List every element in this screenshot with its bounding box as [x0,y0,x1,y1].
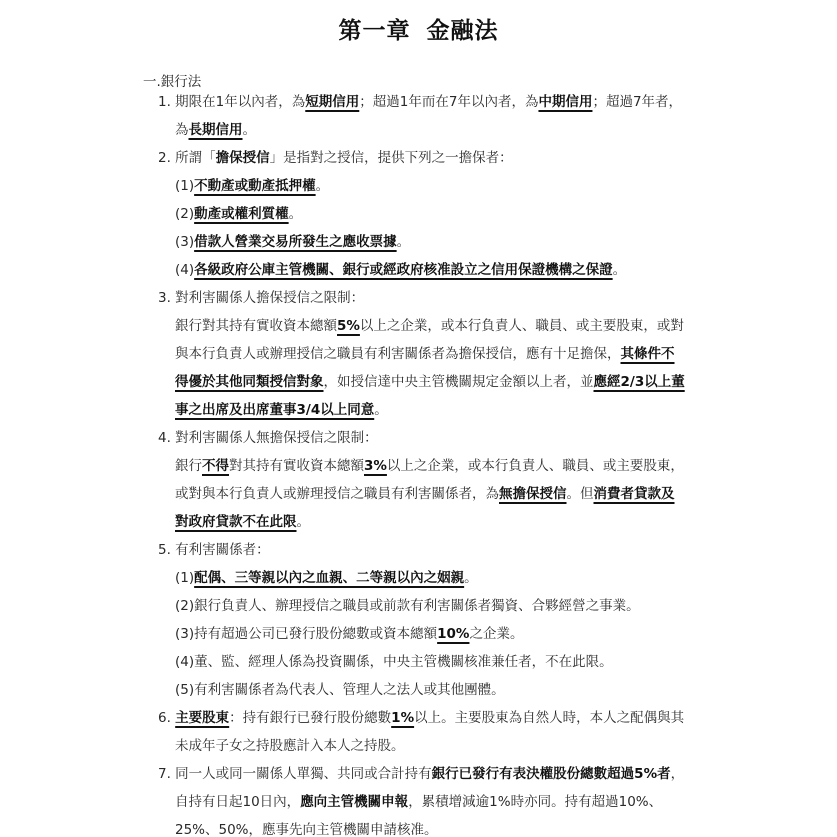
text-run: 銀行對其持有實收資本總額 [175,318,337,334]
text-line: 銀行對其持有實收資本總額5%以上之企業，或本行負責人、職員、或主要股東，或對 [175,316,684,336]
chapter-title: 金融法 [427,18,499,44]
text-line: 自持有日起10日內，應向主管機關申報，累積增減逾1%時亦同。持有超過10%、 [175,792,662,812]
text-run: ；超過7年者， [592,94,682,110]
text-run: 。 [297,514,311,530]
text-run: 。 [243,122,257,138]
text-line: 為長期信用。 [175,120,256,140]
text-line: 事之出席及出席董事3/4以上同意。 [175,400,388,420]
text-run: 與本行負責人或辦理授信之職員有利害關係者為擔保授信，應有十足擔保， [175,346,621,362]
emphasized-text: 短期信用 [305,94,359,110]
text-run: (4)董、監、經理人係為投資關係，中央主管機關核准兼任者，不在此限。 [175,654,613,670]
text-line: 4. 對利害關係人無擔保授信之限制： [158,428,378,448]
emphasized-text: 不動產或動產抵押權 [194,178,316,194]
emphasized-text: 中期信用 [538,94,592,110]
text-run: ，累積增減逾1%時亦同。持有超過10%、 [408,794,662,810]
text-line: 5. 有利害關係者： [158,540,270,560]
text-run: 自持有日起10日內， [175,794,300,810]
text-run: 。 [464,570,478,586]
text-run: (4) [175,262,194,278]
text-line: (3)持有超過公司已發行股份總數或資本總額10%之企業。 [175,624,523,644]
text-line: 3. 對利害關係人擔保授信之限制： [158,288,364,308]
text-run: ，如授信達中央主管機關規定金額以上者，並 [324,374,594,390]
emphasized-text: 長期信用 [189,122,243,138]
text-line: (3)借款人營業交易所發生之應收票據。 [175,232,410,252]
text-run: 25%、50%，應事先向主管機關申請核准。 [175,822,438,837]
emphasized-text: 銀行已發行有表決權股份總數超過5%者 [432,766,671,782]
text-line: 未成年子女之持股應計入本人之持股。 [175,736,405,756]
text-run: 對其持有實收資本總額 [229,458,364,474]
text-run: 」是指對之授信，提供下列之一擔保者： [270,150,513,166]
emphasized-text: 動產或權利質權 [194,206,289,222]
emphasized-text: 應經2/3以上董 [594,374,685,390]
text-line: 或對與本行負責人或辦理授信之職員有利害關係者，為無擔保授信。但消費者貸款及 [175,484,675,504]
text-run: 以上之企業，或本行負責人、職員、或主要股東，或對 [360,318,684,334]
text-run: (2)銀行負責人、辦理授信之職員或前款有利害關係者獨資、合夥經營之事業。 [175,598,640,614]
text-run: 。 [316,178,330,194]
text-run: 6. [158,710,175,726]
text-line: 6. 主要股東：持有銀行已發行股份總數1%以上。主要股東為自然人時，本人之配偶與… [158,708,684,728]
emphasized-text: 無擔保授信 [499,486,567,502]
text-run: (1) [175,570,194,586]
emphasized-text: 借款人營業交易所發生之應收票據 [194,234,397,250]
text-line: (2)銀行負責人、辦理授信之職員或前款有利害關係者獨資、合夥經營之事業。 [175,596,640,616]
emphasized-text: 主要股東 [175,710,229,726]
emphasized-text: 10% [437,626,469,642]
text-run: 以上之企業，或本行負責人、職員、或主要股東， [387,458,684,474]
text-run: (3) [175,234,194,250]
text-line: (1)配偶、三等親以內之血親、二等親以內之姻親。 [175,568,478,588]
text-run: 1. 期限在1年以內者，為 [158,94,305,110]
text-run: 。 [397,234,411,250]
text-run: 3. 對利害關係人擔保授信之限制： [158,290,364,306]
emphasized-text: 5% [337,318,360,334]
text-run: 4. 對利害關係人無擔保授信之限制： [158,430,378,446]
text-line: 1. 期限在1年以內者，為短期信用；超過1年而在7年以內者，為中期信用；超過7年… [158,92,682,112]
text-run: ：持有銀行已發行股份總數 [229,710,391,726]
page-title: 第一章金融法 [0,12,837,45]
text-line: 25%、50%，應事先向主管機關申請核准。 [175,820,438,837]
emphasized-text: 不得 [202,458,229,474]
emphasized-text: 擔保授信 [216,150,270,166]
emphasized-text: 1% [391,710,414,726]
text-line: 與本行負責人或辦理授信之職員有利害關係者為擔保授信，應有十足擔保，其條件不 [175,344,675,364]
emphasized-text: 消費者貸款及 [594,486,675,502]
text-run: ；超過1年而在7年以內者，為 [359,94,538,110]
text-run: 。 [374,402,388,418]
text-run: 5. 有利害關係者： [158,542,270,558]
text-run: 2. 所謂「 [158,150,216,166]
text-run: 之企業。 [469,626,523,642]
text-run: (5)有利害關係者為代表人、管理人之法人或其他團體。 [175,682,505,698]
text-line: 2. 所謂「擔保授信」是指對之授信，提供下列之一擔保者： [158,148,513,168]
text-run: 為 [175,122,189,138]
text-run: 銀行 [175,458,202,474]
emphasized-text: 對政府貸款不在此限 [175,514,297,530]
text-line: 銀行不得對其持有實收資本總額3%以上之企業，或本行負責人、職員、或主要股東， [175,456,684,476]
text-run: 以上。主要股東為自然人時，本人之配偶與其 [414,710,684,726]
text-run: (3)持有超過公司已發行股份總數或資本總額 [175,626,437,642]
text-line: 7. 同一人或同一關係人單獨、共同或合計持有銀行已發行有表決權股份總數超過5%者… [158,764,684,784]
text-run: (2) [175,206,194,222]
text-run: 或對與本行負責人或辦理授信之職員有利害關係者，為 [175,486,499,502]
emphasized-text: 應向主管機關申報 [300,794,408,810]
text-run: 。 [613,262,627,278]
chapter-number: 第一章 [339,18,411,44]
text-line: (5)有利害關係者為代表人、管理人之法人或其他團體。 [175,680,505,700]
text-run: 。但 [567,486,594,502]
emphasized-text: 各級政府公庫主管機關、銀行或經政府核准設立之信用保證機構之保證 [194,262,613,278]
text-run: ， [671,766,685,782]
text-line: 得優於其他同類授信對象，如授信達中央主管機關規定金額以上者，並應經2/3以上董 [175,372,685,392]
section-heading: 一.銀行法 [143,70,201,90]
text-line: (1)不動產或動產抵押權。 [175,176,329,196]
text-run: 。 [289,206,303,222]
text-line: (2)動產或權利質權。 [175,204,302,224]
text-run: 7. 同一人或同一關係人單獨、共同或合計持有 [158,766,432,782]
text-run: 未成年子女之持股應計入本人之持股。 [175,738,405,754]
text-run: (1) [175,178,194,194]
text-line: 對政府貸款不在此限。 [175,512,310,532]
text-line: (4)各級政府公庫主管機關、銀行或經政府核准設立之信用保證機構之保證。 [175,260,626,280]
emphasized-text: 3% [364,458,387,474]
emphasized-text: 其條件不 [621,346,675,362]
emphasized-text: 配偶、三等親以內之血親、二等親以內之姻親 [194,570,464,586]
text-line: (4)董、監、經理人係為投資關係，中央主管機關核准兼任者，不在此限。 [175,652,613,672]
emphasized-text: 事之出席及出席董事3/4以上同意 [175,402,374,418]
emphasized-text: 得優於其他同類授信對象 [175,374,324,390]
